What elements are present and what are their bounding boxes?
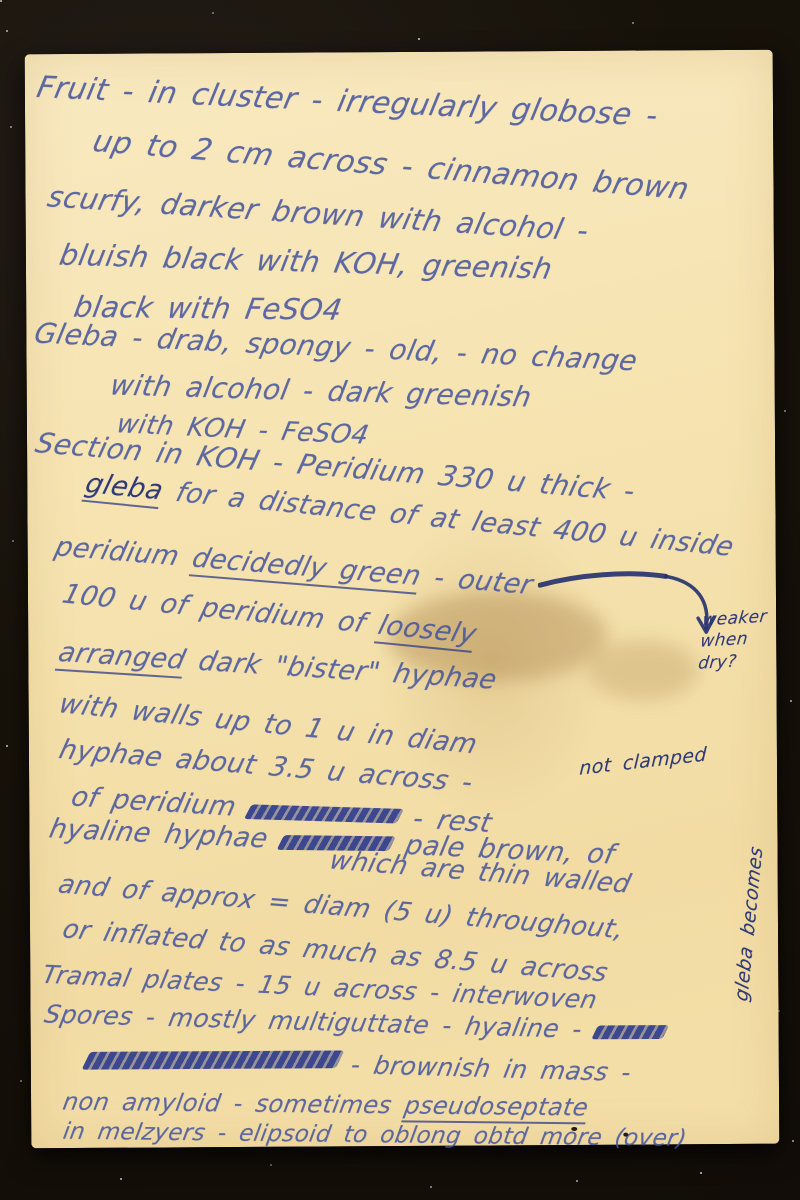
underlined-word: loosely [374, 610, 480, 653]
margin-note-text: gleba becomes [730, 844, 767, 1004]
note-line-text: dark "bister" hyphae [182, 645, 500, 695]
note-line-text: Fruit - in cluster - irregularly globose… [34, 70, 661, 133]
note-line-text: - brownish in mass - [335, 1050, 634, 1087]
note-line-text: with alcohol - dark greenish [108, 369, 535, 414]
note-line: - brownish in mass - [85, 1043, 633, 1087]
margin-note-text: weaker when dry? [697, 607, 768, 674]
underlined-word: gleba [81, 468, 166, 509]
note-card: Fruit - in cluster - irregularly globose… [25, 50, 780, 1149]
note-line-text: - outer [417, 561, 536, 601]
note-line-text: non amyloid - sometimes [61, 1088, 407, 1120]
note-line: in melzyers - elipsoid to oblong obtd mo… [61, 1119, 689, 1152]
note-line: non amyloid - sometimes pseudoseptate [61, 1088, 591, 1122]
paper-speck [623, 1133, 628, 1137]
margin-note-weaker-when-dry: weaker when dry? [697, 605, 795, 675]
underlined-phrase: decidedly green [188, 543, 424, 595]
paper-speck [571, 1127, 577, 1131]
margin-note-not-clamped: not clamped [579, 743, 707, 779]
note-line-text: peridium [52, 532, 197, 574]
note-line-text: in melzyers - elipsoid to oblong obtd mo… [61, 1119, 689, 1152]
note-line: with alcohol - dark greenish [108, 369, 535, 414]
underlined-word: pseudoseptate [402, 1091, 591, 1124]
ink-scribble [591, 1025, 669, 1039]
ink-scribble [82, 1050, 345, 1069]
note-line-text: bluish black with KOH, greenish [57, 238, 555, 286]
underlined-word: arranged [55, 637, 189, 679]
note-line: Fruit - in cluster - irregularly globose… [34, 70, 661, 133]
margin-note-text: not clamped [579, 743, 707, 779]
note-line: bluish black with KOH, greenish [57, 238, 555, 286]
background-specks [0, 0, 2, 2]
margin-note-vertical: gleba becomes [730, 844, 767, 1004]
ink-scribble [244, 805, 404, 824]
